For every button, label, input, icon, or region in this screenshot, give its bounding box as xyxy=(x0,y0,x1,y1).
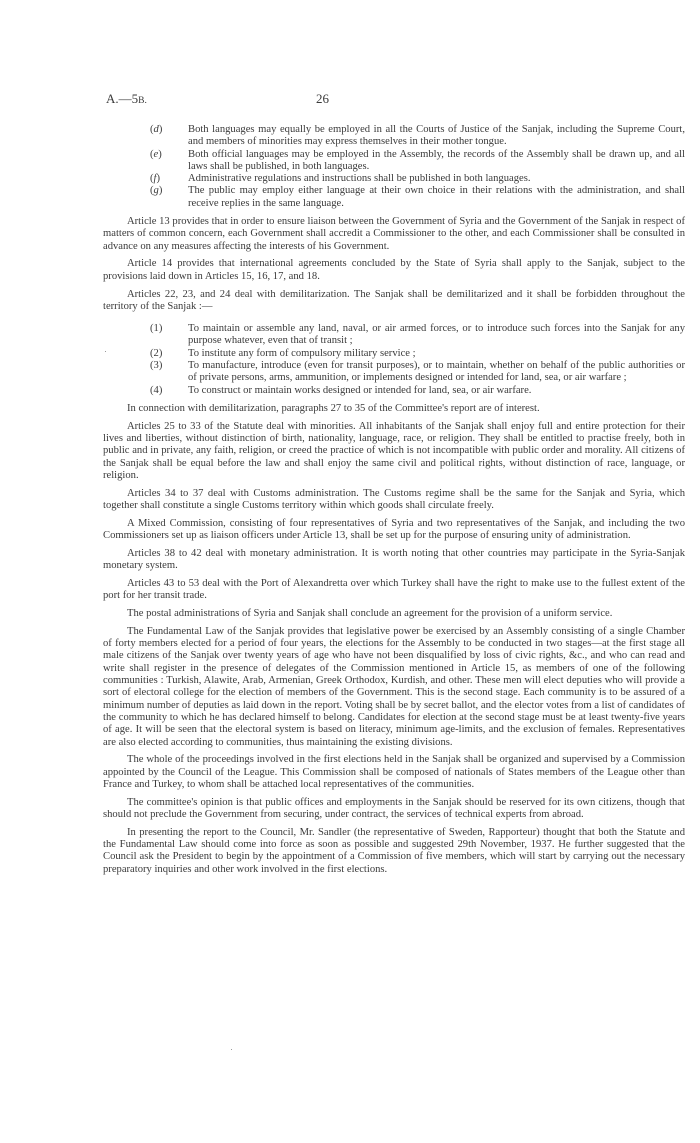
page-number: 26 xyxy=(316,91,329,107)
list-item-d: (d)Both languages may equally be employe… xyxy=(103,124,685,149)
scan-speck xyxy=(105,351,106,352)
item-text: Both languages may equally be employed i… xyxy=(188,124,685,147)
item-text: To maintain or assemble any land, naval,… xyxy=(188,323,685,346)
list-item-f: (f)Administrative regulations and instru… xyxy=(103,173,685,185)
item-text: To institute any form of compulsory mili… xyxy=(188,348,416,359)
item-text: To construct or maintain works designed … xyxy=(188,385,531,396)
paragraph-postal: The postal administrations of Syria and … xyxy=(103,608,685,620)
document-reference-suffix: B. xyxy=(138,96,147,106)
item-text: Both official languages may be employed … xyxy=(188,149,685,172)
document-reference-main: A.—5 xyxy=(106,91,138,106)
scan-speck xyxy=(231,1049,232,1050)
list-item-e: (e)Both official languages may be employ… xyxy=(103,149,685,174)
paragraph-presentation: In presenting the report to the Council,… xyxy=(103,827,685,876)
document-body: (d)Both languages may equally be employe… xyxy=(103,124,685,882)
paragraph-monetary: Articles 38 to 42 deal with monetary adm… xyxy=(103,548,685,573)
list-item-4: (4)To construct or maintain works design… xyxy=(103,385,685,397)
item-text: The public may employ either language at… xyxy=(188,185,685,208)
paragraph-fundamental-law: The Fundamental Law of the Sanjak provid… xyxy=(103,626,685,749)
document-reference: A.—5B. xyxy=(106,91,147,107)
page-header: A.—5B. 26 xyxy=(106,91,686,107)
list-item-1: (1)To maintain or assemble any land, nav… xyxy=(103,323,685,348)
list-item-3: (3)To manufacture, introduce (even for t… xyxy=(103,360,685,385)
list-item-2: (2)To institute any form of compulsory m… xyxy=(103,348,685,360)
demilitarization-list: (1)To maintain or assemble any land, nav… xyxy=(103,323,685,397)
paragraph-article-14: Article 14 provides that international a… xyxy=(103,258,685,283)
paragraph-public-offices: The committee's opinion is that public o… xyxy=(103,797,685,822)
list-item-g: (g)The public may employ either language… xyxy=(103,185,685,210)
language-provisions-list: (d)Both languages may equally be employe… xyxy=(103,124,685,210)
item-text: To manufacture, introduce (even for tran… xyxy=(188,360,685,383)
item-text: Administrative regulations and instructi… xyxy=(188,173,530,184)
paragraph-article-13: Article 13 provides that in order to ens… xyxy=(103,216,685,253)
paragraph-customs: Articles 34 to 37 deal with Customs admi… xyxy=(103,488,685,513)
paragraph-minorities: Articles 25 to 33 of the Statute deal wi… xyxy=(103,421,685,482)
paragraph-port-alexandretta: Articles 43 to 53 deal with the Port of … xyxy=(103,578,685,603)
paragraph-demilitarization-report: In connection with demilitarization, par… xyxy=(103,403,685,415)
paragraph-mixed-commission: A Mixed Commission, consisting of four r… xyxy=(103,518,685,543)
paragraph-demilitarization-intro: Articles 22, 23, and 24 deal with demili… xyxy=(103,289,685,314)
paragraph-election-proceedings: The whole of the proceedings involved in… xyxy=(103,754,685,791)
